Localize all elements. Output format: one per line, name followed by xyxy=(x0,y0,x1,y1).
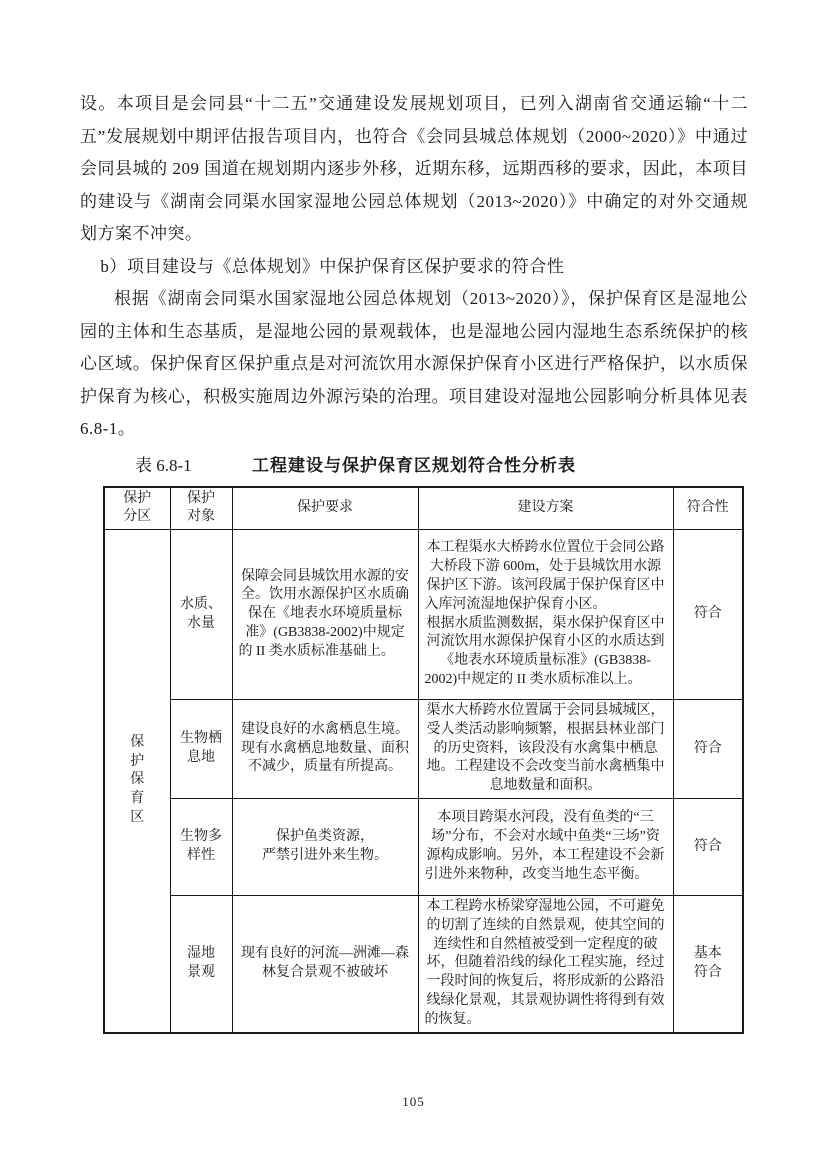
cell-plan: 本工程渠水大桥跨水位置位于会同公路大桥段下游 600m，处于县城饮用水源保护区下… xyxy=(418,530,673,700)
compliance-analysis-table: 保护 分区 保护 对象 保护要求 建设方案 符合性 保 护 保 育 区 水质、 … xyxy=(103,486,744,1034)
table-header-row: 保护 分区 保护 对象 保护要求 建设方案 符合性 xyxy=(104,487,743,530)
cell-requirement: 保障会同县城饮用水源的安全。饮用水源保护区水质确保在《地表水环境质量标准》(GB… xyxy=(232,530,418,700)
heading-item-b: b）项目建设与《总体规划》中保护保育区保护要求的符合性 xyxy=(80,251,748,284)
cell-object: 水质、 水量 xyxy=(170,530,232,700)
table-row: 生物多 样性 保护鱼类资源， 严禁引进外来生物。 本项目跨渠水河段，没有鱼类的“… xyxy=(104,799,743,896)
table-caption: 表 6.8-1 工程建设与保护保育区规划符合性分析表 xyxy=(80,452,748,480)
table-row: 湿地 景观 现有良好的河流—洲滩—森林复合景观不被破坏 本工程跨水桥梁穿湿地公园… xyxy=(104,896,743,1033)
paragraph-transport-planning: 设。本项目是会同县“十二五”交通建设发展规划项目，已列入湖南省交通运输“十二五”… xyxy=(80,88,748,251)
header-protection-object: 保护 对象 xyxy=(170,487,232,530)
cell-object: 湿地 景观 xyxy=(170,896,232,1033)
document-page: 设。本项目是会同县“十二五”交通建设发展规划项目，已列入湖南省交通运输“十二五”… xyxy=(0,0,827,1169)
page-content: 设。本项目是会同县“十二五”交通建设发展规划项目，已列入湖南省交通运输“十二五”… xyxy=(80,88,748,1034)
cell-object: 生物多 样性 xyxy=(170,799,232,896)
table-title: 工程建设与保护保育区规划符合性分析表 xyxy=(252,456,576,475)
header-conformity: 符合性 xyxy=(673,487,743,530)
cell-object: 生物栖 息地 xyxy=(170,700,232,799)
cell-conformity: 符合 xyxy=(673,700,743,799)
header-protection-requirement: 保护要求 xyxy=(232,487,418,530)
cell-requirement: 现有良好的河流—洲滩—森林复合景观不被破坏 xyxy=(232,896,418,1033)
cell-zone-vertical: 保 护 保 育 区 xyxy=(104,530,170,1033)
header-construction-plan: 建设方案 xyxy=(418,487,673,530)
paragraph-protection-zone: 根据《湖南会同渠水国家湿地公园总体规划（2013~2020）》，保护保育区是湿地… xyxy=(80,283,748,446)
cell-plan: 渠水大桥跨水位置属于会同县城城区，受人类活动影响频繁，根据县林业部门的历史资料，… xyxy=(418,700,673,799)
cell-plan: 本工程跨水桥梁穿湿地公园，不可避免的切割了连续的自然景观，使其空间的连续性和自然… xyxy=(418,896,673,1033)
cell-requirement: 建设良好的水禽栖息生境。现有水禽栖息地数量、面积不减少，质量有所提高。 xyxy=(232,700,418,799)
cell-conformity: 符合 xyxy=(673,530,743,700)
page-number: 105 xyxy=(0,1094,827,1110)
cell-conformity: 基本 符合 xyxy=(673,896,743,1033)
header-protection-zone: 保护 分区 xyxy=(104,487,170,530)
cell-requirement: 保护鱼类资源， 严禁引进外来生物。 xyxy=(232,799,418,896)
table-number-label: 表 6.8-1 xyxy=(135,452,192,480)
cell-conformity: 符合 xyxy=(673,799,743,896)
table-row: 生物栖 息地 建设良好的水禽栖息生境。现有水禽栖息地数量、面积不减少，质量有所提… xyxy=(104,700,743,799)
cell-plan: 本项目跨渠水河段，没有鱼类的“三场”分布，不会对水域中鱼类“三场”资源构成影响。… xyxy=(418,799,673,896)
table-row: 保 护 保 育 区 水质、 水量 保障会同县城饮用水源的安全。饮用水源保护区水质… xyxy=(104,530,743,700)
